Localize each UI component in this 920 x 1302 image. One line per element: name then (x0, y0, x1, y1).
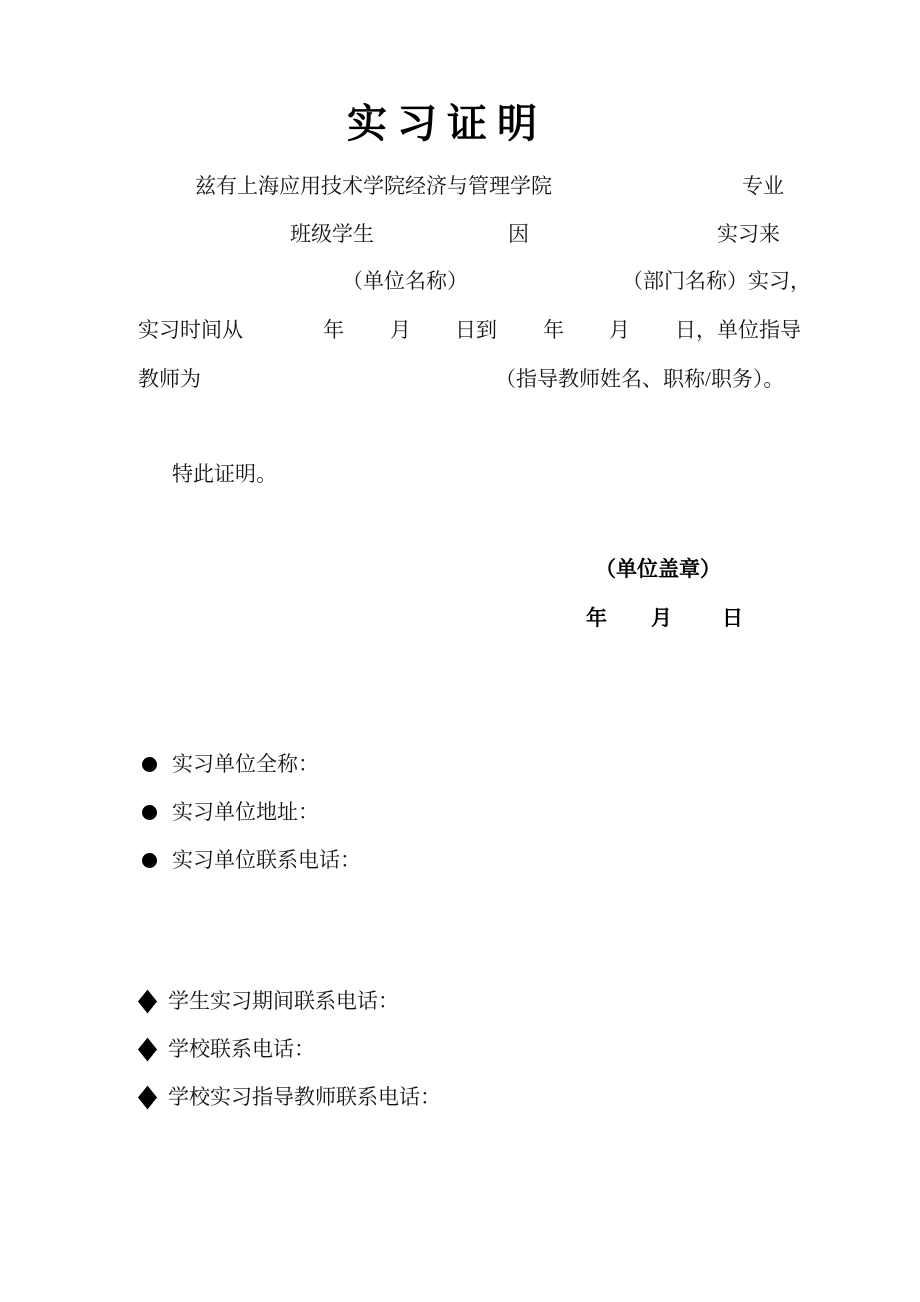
unit-full-name-label: 实习单位全称： (172, 754, 319, 775)
diamond-icon (138, 989, 157, 1013)
school-phone-label: 学校联系电话： (168, 1039, 315, 1060)
intro-day-tail-label: 日，单位指导 (675, 320, 801, 341)
list-item: 实习单位地址： (142, 799, 319, 825)
intro-month2-label: 月 (609, 320, 630, 341)
school-advisor-phone-label: 学校实习指导教师联系电话： (168, 1087, 441, 1108)
intro-major-label: 专业 (742, 176, 784, 197)
unit-address-label: 实习单位地址： (172, 802, 319, 823)
page-title: 实 习 证 明 (347, 104, 537, 144)
intro-month1-label: 月 (390, 320, 411, 341)
intro-dept-name-label: （部门名称）实习， (622, 271, 811, 292)
intro-teacher-note-label: （指导教师姓名、职称/职务）。 (495, 369, 784, 390)
intro-day-to-label: 日到 (455, 320, 497, 341)
list-item: 实习单位全称： (142, 751, 319, 777)
diamond-icon (138, 1037, 157, 1061)
list-item: 学校联系电话： (137, 1036, 315, 1062)
intro-because-label: 因 (508, 224, 529, 245)
intro-class-label: 班级学生 (290, 224, 374, 245)
list-item: 学生实习期间联系电话： (137, 988, 399, 1014)
diamond-icon (138, 1085, 157, 1109)
list-item: 学校实习指导教师联系电话： (137, 1084, 441, 1110)
closing-statement: 特此证明。 (172, 464, 277, 485)
stamp-month-label: 月 (651, 608, 672, 629)
document-page: 实 习 证 明 兹有上海应用技术学院经济与管理学院 专业 班级学生 因 实习来 … (0, 0, 920, 1302)
intro-year2-label: 年 (543, 320, 564, 341)
intro-school-text: 兹有上海应用技术学院经济与管理学院 (195, 176, 552, 197)
stamp-label: （单位盖章） (595, 559, 721, 580)
unit-phone-label: 实习单位联系电话： (172, 850, 361, 871)
list-item: 实习单位联系电话： (142, 847, 361, 873)
student-phone-label: 学生实习期间联系电话： (168, 991, 399, 1012)
bullet-icon (142, 853, 157, 868)
intro-year1-label: 年 (323, 320, 344, 341)
stamp-year-label: 年 (586, 608, 607, 629)
bullet-icon (142, 805, 157, 820)
intro-time-from-label: 实习时间从 (138, 320, 243, 341)
intro-unit-name-label: （单位名称） (342, 271, 468, 292)
stamp-day-label: 日 (722, 608, 743, 629)
intro-come-label: 实习来 (717, 224, 780, 245)
bullet-icon (142, 757, 157, 772)
intro-teacher-label: 教师为 (138, 369, 201, 390)
